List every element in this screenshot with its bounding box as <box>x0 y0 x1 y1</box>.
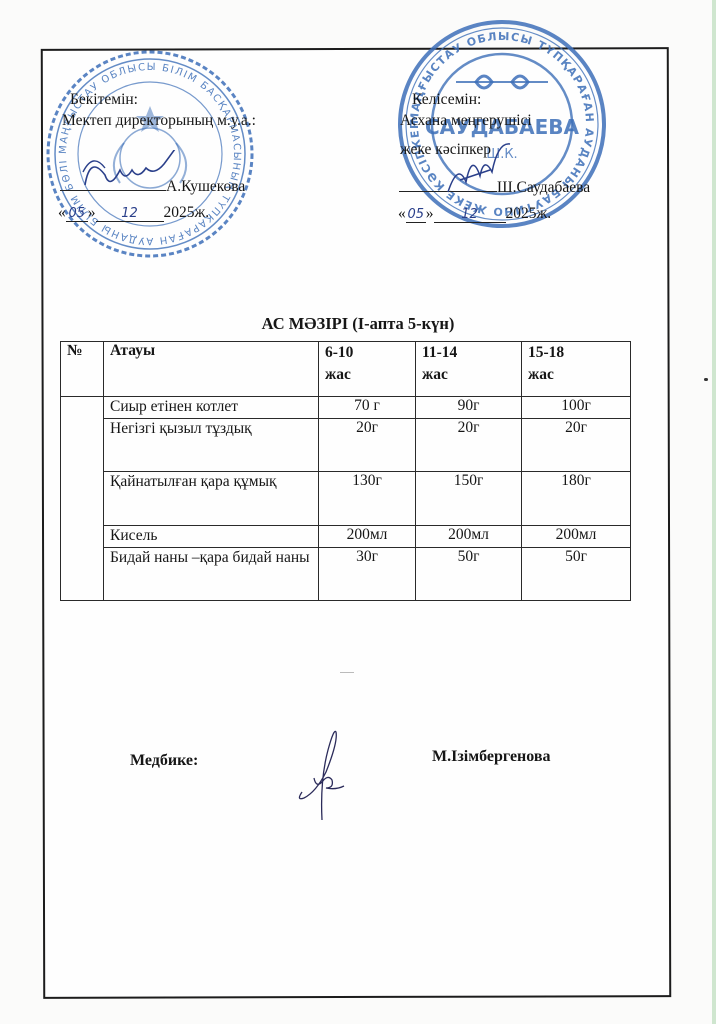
approve-date: «05»122025ж. <box>58 204 209 222</box>
approve-date-year: 2025ж. <box>164 204 210 221</box>
table-row: Қайнатылған қара құмық 130г 150г 180г <box>61 472 631 526</box>
portion-15-18: 180г <box>522 472 631 526</box>
portion-15-18: 100г <box>522 397 631 419</box>
portion-6-10: 30г <box>319 548 416 601</box>
portion-11-14: 50г <box>416 548 522 601</box>
portion-6-10: 20г <box>319 419 416 472</box>
portion-15-18: 200мл <box>522 526 631 548</box>
agree-signature <box>440 140 520 200</box>
nurse-name: М.Ізімбергенова <box>432 748 551 766</box>
portion-6-10: 130г <box>319 472 416 526</box>
portion-15-18: 50г <box>522 548 631 601</box>
num-cell <box>61 397 104 601</box>
portion-6-10: 200мл <box>319 526 416 548</box>
header-age-11-14: 11-14жас <box>416 342 522 397</box>
nurse-signature <box>286 720 356 830</box>
scan-smudge <box>340 672 354 673</box>
portion-11-14: 90г <box>416 397 522 419</box>
agree-position: Асхана меңгерушісі <box>400 110 532 131</box>
portion-15-18: 20г <box>522 419 631 472</box>
approve-date-day: 05 <box>66 206 88 222</box>
food-name: Кисель <box>104 526 319 548</box>
menu-title: АС МӘЗІРІ (І-апта 5-күн) <box>0 314 716 334</box>
portion-11-14: 20г <box>416 419 522 472</box>
header-name: Атауы <box>104 342 319 397</box>
scan-dot <box>704 378 708 381</box>
portion-11-14: 150г <box>416 472 522 526</box>
table-row: Сиыр етінен котлет 70 г 90г 100г <box>61 397 631 419</box>
header-num: № <box>61 342 104 397</box>
table-row: Бидай наны –қара бидай наны 30г 50г 50г <box>61 548 631 601</box>
table-row: Негізгі қызыл тұздық 20г 20г 20г <box>61 419 631 472</box>
header-age-15-18: 15-18жас <box>522 342 631 397</box>
agree-date-month: 12 <box>434 207 506 223</box>
agree-date-day: 05 <box>406 207 426 223</box>
approve-heading: Бекітемін: <box>62 89 256 110</box>
header-age-6-10: 6-10жас <box>319 342 416 397</box>
agree-date-year: 2025ж. <box>506 205 552 222</box>
nurse-label: Медбике: <box>130 752 198 770</box>
approve-signature <box>75 150 185 200</box>
approve-block: Бекітемін: Мектеп директорының м.у.а.: <box>62 89 256 131</box>
food-name: Негізгі қызыл тұздық <box>104 419 319 472</box>
portion-11-14: 200мл <box>416 526 522 548</box>
food-name: Сиыр етінен котлет <box>104 397 319 419</box>
table-header-row: № Атауы 6-10жас 11-14жас 15-18жас <box>61 342 631 397</box>
approve-date-month: 12 <box>96 206 164 222</box>
food-name: Бидай наны –қара бидай наны <box>104 548 319 601</box>
agree-date: «05»122025ж. <box>398 205 551 223</box>
approve-position: Мектеп директорының м.у.а.: <box>62 110 256 131</box>
agree-heading: Келісемін: <box>400 89 532 110</box>
table-row: Кисель 200мл 200мл 200мл <box>61 526 631 548</box>
scan-edge <box>712 0 716 1024</box>
portion-6-10: 70 г <box>319 397 416 419</box>
menu-table: № Атауы 6-10жас 11-14жас 15-18жас Сиыр е… <box>60 341 631 601</box>
food-name: Қайнатылған қара құмық <box>104 472 319 526</box>
